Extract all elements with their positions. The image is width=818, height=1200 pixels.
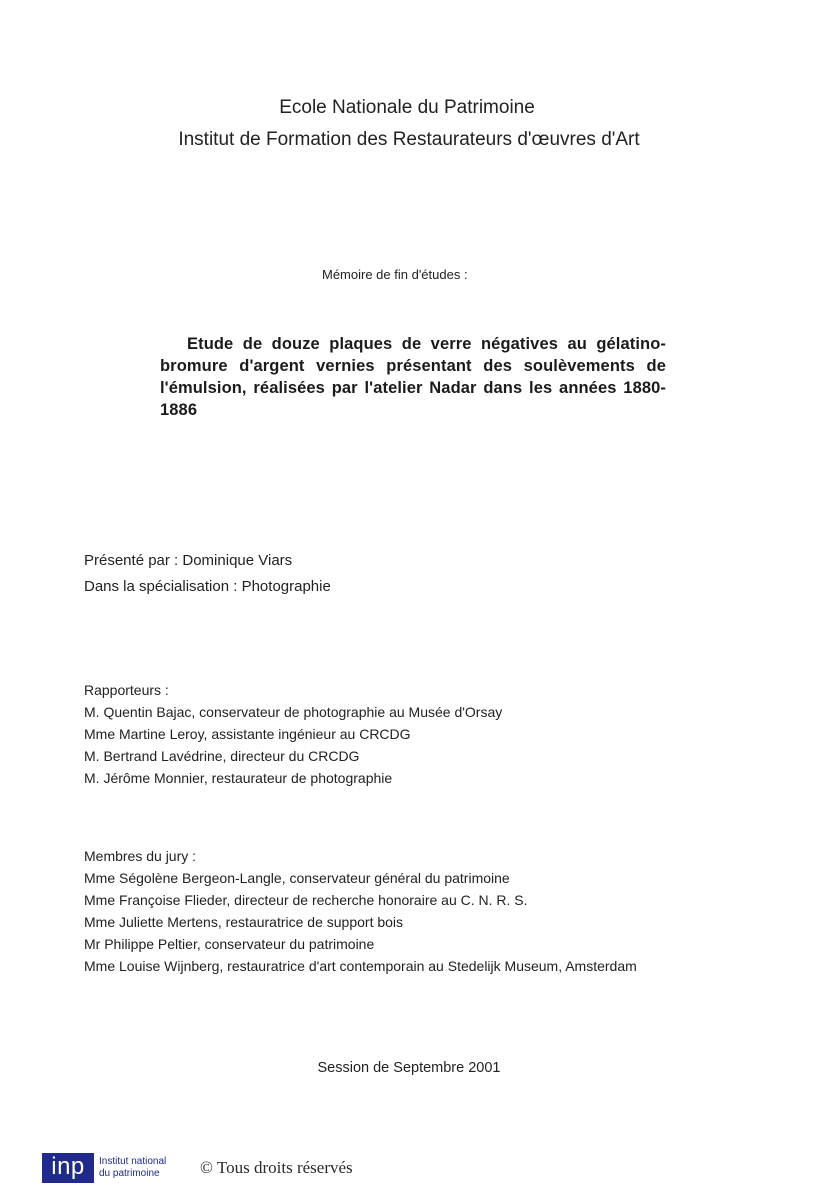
rapporteur-item: M. Quentin Bajac, conservateur de photog… [84, 701, 502, 723]
jury-section: Membres du jury : Mme Ségolène Bergeon-L… [84, 845, 637, 977]
session-date: Session de Septembre 2001 [0, 1060, 818, 1076]
rapporteurs-section: Rapporteurs : M. Quentin Bajac, conserva… [84, 679, 502, 789]
school-name: Ecole Nationale du Patrimoine [0, 93, 816, 123]
jury-member-item: Mme Ségolène Bergeon-Langle, conservateu… [84, 867, 637, 889]
jury-member-item: Mr Philippe Peltier, conservateur du pat… [84, 933, 637, 955]
presented-by: Présenté par : Dominique Viars [84, 552, 292, 569]
rapporteur-item: Mme Martine Leroy, assistante ingénieur … [84, 723, 502, 745]
inp-caption-line-2: du patrimoine [99, 1168, 166, 1180]
inp-caption-line-1: Institut national [99, 1156, 166, 1168]
inp-logo-caption: Institut national du patrimoine [99, 1156, 166, 1180]
jury-member-item: Mme Louise Wijnberg, restauratrice d'art… [84, 955, 637, 977]
document-type-label: Mémoire de fin d'études : [322, 267, 468, 282]
jury-member-item: Mme Juliette Mertens, restauratrice de s… [84, 911, 637, 933]
thesis-title: Etude de douze plaques de verre négative… [160, 333, 666, 421]
jury-member-item: Mme Françoise Flieder, directeur de rech… [84, 889, 637, 911]
copyright-notice: ©Tous droits réservés [200, 1158, 353, 1178]
jury-heading: Membres du jury : [84, 845, 637, 867]
copyright-icon: © [200, 1158, 213, 1177]
copyright-text: Tous droits réservés [217, 1158, 353, 1177]
rapporteur-item: M. Bertrand Lavédrine, directeur du CRCD… [84, 745, 502, 767]
inp-logo: inp [42, 1153, 94, 1183]
institute-name: Institut de Formation des Restaurateurs … [0, 125, 818, 155]
rapporteurs-heading: Rapporteurs : [84, 679, 502, 701]
rapporteur-item: M. Jérôme Monnier, restaurateur de photo… [84, 767, 502, 789]
specialisation: Dans la spécialisation : Photographie [84, 578, 331, 595]
